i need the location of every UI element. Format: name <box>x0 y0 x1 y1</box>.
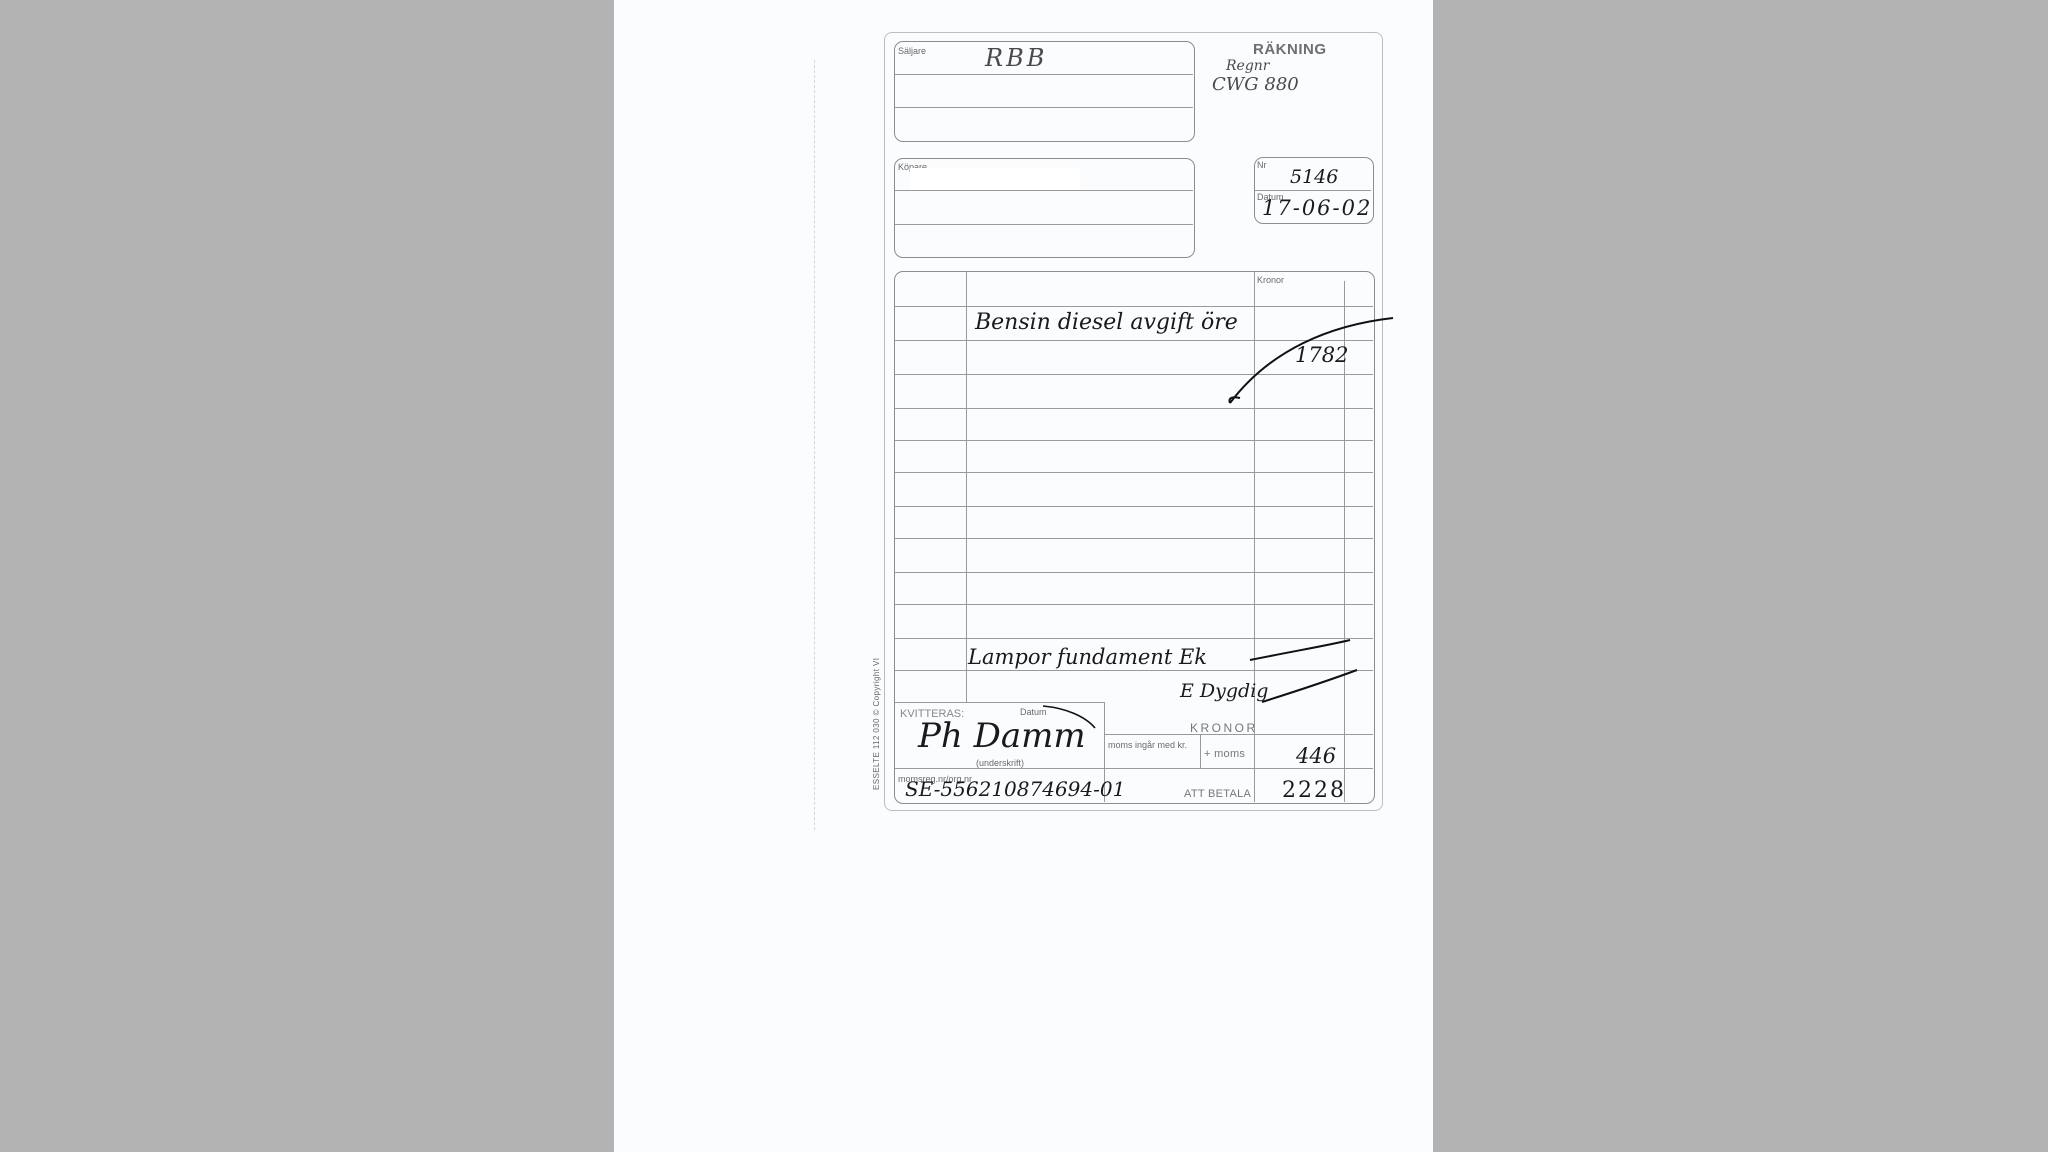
vat-included-label: moms ingår med kr. <box>1108 740 1187 750</box>
seller-label: Säljare <box>898 46 926 56</box>
vat-reg-value: SE-556210874694-01 <box>905 777 1125 801</box>
item-description: Bensin diesel avgift öre <box>975 310 1238 335</box>
invoice-title: RÄKNING <box>1253 41 1327 58</box>
to-pay-label: ATT BETALA <box>1184 788 1251 800</box>
seller-line <box>895 74 1193 75</box>
buyer-redaction <box>910 168 1080 190</box>
receipt-signature: Ph Damm <box>918 716 1086 756</box>
seller-line <box>895 107 1193 108</box>
side-print: ESSELTE 112 030 © Copyright VI <box>872 658 881 790</box>
signature-label: (underskrift) <box>976 758 1024 768</box>
extra-signature: E Dygdig <box>1180 680 1268 702</box>
kronor-label: KRONOR <box>1190 721 1258 735</box>
number-value: 5146 <box>1290 166 1338 188</box>
reg-note-value: CWG 880 <box>1212 74 1299 95</box>
seller-value: RBB <box>985 44 1047 72</box>
item-amount: 1782 <box>1295 343 1348 367</box>
footer-divider <box>1200 734 1201 768</box>
to-pay-amount: 2228 <box>1282 778 1346 803</box>
footer-divider <box>895 768 1373 769</box>
reg-note-label: Regnr <box>1226 58 1270 74</box>
scan-edge-line <box>814 60 815 830</box>
date-value: 17-06-02 <box>1262 196 1372 220</box>
buyer-line <box>895 224 1193 225</box>
item-description: Lampor fundament Ek <box>968 645 1207 669</box>
number-date-line <box>1255 190 1371 191</box>
buyer-line <box>895 190 1193 191</box>
table-column-line <box>966 271 967 702</box>
plus-vat-label: + moms <box>1204 748 1245 760</box>
footer-divider <box>895 702 1105 703</box>
number-label: Nr <box>1257 160 1267 170</box>
amount-column-header: Kronor <box>1257 275 1284 285</box>
vat-amount: 446 <box>1296 744 1336 768</box>
